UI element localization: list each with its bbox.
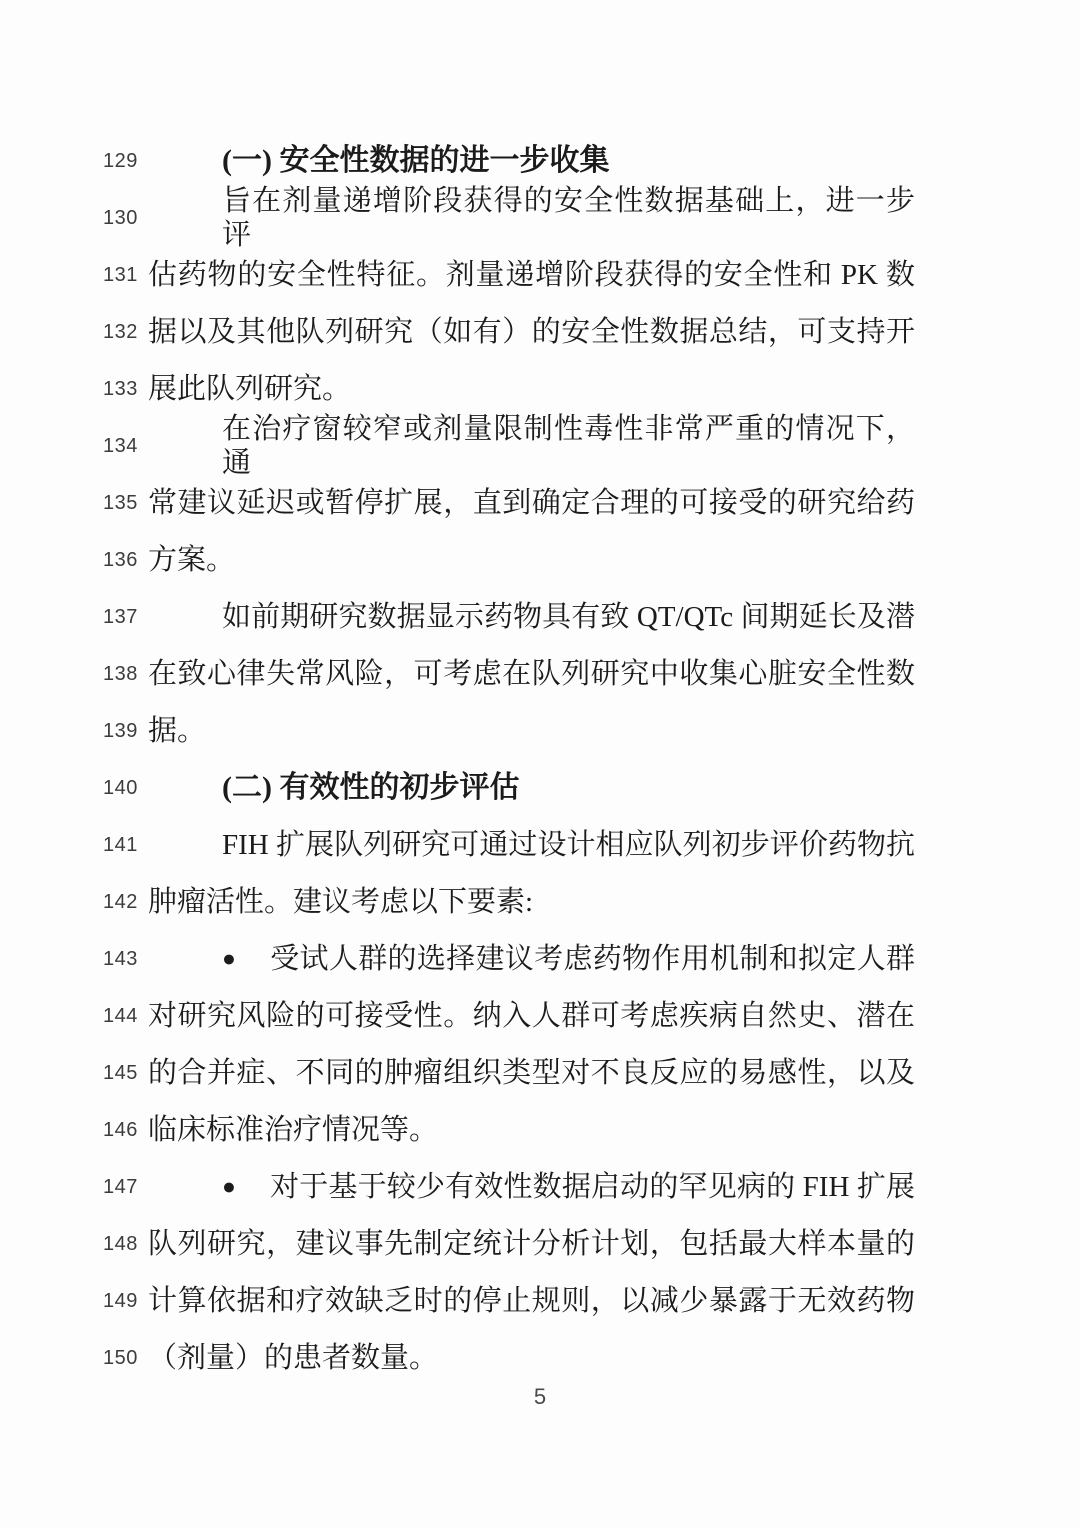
document-line: 134 在治疗窗较窄或剂量限制性毒性非常严重的情况下，通 bbox=[0, 418, 1080, 475]
document-line: 132 据以及其他队列研究（如有）的安全性数据总结，可支持开 bbox=[0, 304, 1080, 361]
line-text: 的合并症、不同的肿瘤组织类型对不良反应的易感性，以及 bbox=[148, 1057, 915, 1090]
document-line: 136 方案。 bbox=[0, 532, 1080, 589]
line-number: 139 bbox=[103, 720, 148, 743]
line-number: 136 bbox=[103, 549, 148, 572]
line-number: 131 bbox=[103, 264, 148, 287]
line-text: 常建议延迟或暂停扩展，直到确定合理的可接受的研究给药 bbox=[148, 487, 915, 520]
line-text: ●对于基于较少有效性数据启动的罕见病的 FIH 扩展 bbox=[148, 1171, 915, 1204]
line-number: 144 bbox=[103, 1005, 148, 1028]
line-number: 141 bbox=[103, 834, 148, 857]
document-line: 139 据。 bbox=[0, 703, 1080, 760]
line-number: 134 bbox=[103, 435, 148, 458]
line-text: 对研究风险的可接受性。纳入人群可考虑疾病自然史、潜在 bbox=[148, 1000, 915, 1033]
line-number: 147 bbox=[103, 1176, 148, 1199]
document-line: 141 FIH 扩展队列研究可通过设计相应队列初步评价药物抗 bbox=[0, 817, 1080, 874]
line-container: 129 (一) 安全性数据的进一步收集 130 旨在剂量递增阶段获得的安全性数据… bbox=[0, 133, 1080, 1387]
line-number: 138 bbox=[103, 663, 148, 686]
line-text: (一) 安全性数据的进一步收集 bbox=[148, 144, 915, 179]
document-line: 144 对研究风险的可接受性。纳入人群可考虑疾病自然史、潜在 bbox=[0, 988, 1080, 1045]
document-line: 150 （剂量）的患者数量。 bbox=[0, 1330, 1080, 1387]
document-line: 149 计算依据和疗效缺乏时的停止规则，以减少暴露于无效药物 bbox=[0, 1273, 1080, 1330]
line-number: 142 bbox=[103, 891, 148, 914]
line-text: 估药物的安全性特征。剂量递增阶段获得的安全性和 PK 数 bbox=[148, 259, 915, 292]
document-line: 143 ●受试人群的选择建议考虑药物作用机制和拟定人群 bbox=[0, 931, 1080, 988]
line-number: 140 bbox=[103, 777, 148, 800]
document-line: 147 ●对于基于较少有效性数据启动的罕见病的 FIH 扩展 bbox=[0, 1159, 1080, 1216]
line-number: 137 bbox=[103, 606, 148, 629]
document-line: 135 常建议延迟或暂停扩展，直到确定合理的可接受的研究给药 bbox=[0, 475, 1080, 532]
line-number: 130 bbox=[103, 207, 148, 230]
line-number: 149 bbox=[103, 1290, 148, 1313]
line-number: 135 bbox=[103, 492, 148, 515]
document-line: 131 估药物的安全性特征。剂量递增阶段获得的安全性和 PK 数 bbox=[0, 247, 1080, 304]
line-text: 计算依据和疗效缺乏时的停止规则，以减少暴露于无效药物 bbox=[148, 1285, 915, 1318]
bullet-icon: ● bbox=[222, 946, 236, 972]
line-text: （剂量）的患者数量。 bbox=[148, 1342, 915, 1375]
document-line: 130 旨在剂量递增阶段获得的安全性数据基础上，进一步评 bbox=[0, 190, 1080, 247]
line-number: 148 bbox=[103, 1233, 148, 1256]
line-text: FIH 扩展队列研究可通过设计相应队列初步评价药物抗 bbox=[148, 829, 915, 862]
line-text: 展此队列研究。 bbox=[148, 373, 915, 406]
line-number: 133 bbox=[103, 378, 148, 401]
document-line: 146 临床标准治疗情况等。 bbox=[0, 1102, 1080, 1159]
line-text: 肿瘤活性。建议考虑以下要素: bbox=[148, 886, 915, 919]
line-text: 临床标准治疗情况等。 bbox=[148, 1114, 915, 1147]
line-text: 在致心律失常风险，可考虑在队列研究中收集心脏安全性数 bbox=[148, 658, 915, 691]
line-text: 方案。 bbox=[148, 544, 915, 577]
line-text: 旨在剂量递增阶段获得的安全性数据基础上，进一步评 bbox=[148, 185, 915, 252]
document-line: 142 肿瘤活性。建议考虑以下要素: bbox=[0, 874, 1080, 931]
line-text: 据。 bbox=[148, 715, 915, 748]
document-line: 137 如前期研究数据显示药物具有致 QT/QTc 间期延长及潜 bbox=[0, 589, 1080, 646]
line-number: 143 bbox=[103, 948, 148, 971]
page-number: 5 bbox=[0, 1384, 1080, 1410]
document-line: 145 的合并症、不同的肿瘤组织类型对不良反应的易感性，以及 bbox=[0, 1045, 1080, 1102]
line-number: 150 bbox=[103, 1347, 148, 1370]
document-line: 138 在致心律失常风险，可考虑在队列研究中收集心脏安全性数 bbox=[0, 646, 1080, 703]
line-number: 146 bbox=[103, 1119, 148, 1142]
line-text: ●受试人群的选择建议考虑药物作用机制和拟定人群 bbox=[148, 943, 915, 976]
document-page: 129 (一) 安全性数据的进一步收集 130 旨在剂量递增阶段获得的安全性数据… bbox=[0, 0, 1080, 1528]
line-text: 如前期研究数据显示药物具有致 QT/QTc 间期延长及潜 bbox=[148, 601, 915, 634]
bullet-icon: ● bbox=[222, 1174, 236, 1200]
line-text: 据以及其他队列研究（如有）的安全性数据总结，可支持开 bbox=[148, 316, 915, 349]
document-line: 148 队列研究，建议事先制定统计分析计划，包括最大样本量的 bbox=[0, 1216, 1080, 1273]
line-number: 129 bbox=[103, 150, 148, 173]
document-line: 133 展此队列研究。 bbox=[0, 361, 1080, 418]
document-line: 129 (一) 安全性数据的进一步收集 bbox=[0, 133, 1080, 190]
line-number: 132 bbox=[103, 321, 148, 344]
line-text: 队列研究，建议事先制定统计分析计划，包括最大样本量的 bbox=[148, 1228, 915, 1261]
line-text: (二) 有效性的初步评估 bbox=[148, 771, 915, 806]
line-number: 145 bbox=[103, 1062, 148, 1085]
document-line: 140 (二) 有效性的初步评估 bbox=[0, 760, 1080, 817]
line-text: 在治疗窗较窄或剂量限制性毒性非常严重的情况下，通 bbox=[148, 413, 915, 480]
